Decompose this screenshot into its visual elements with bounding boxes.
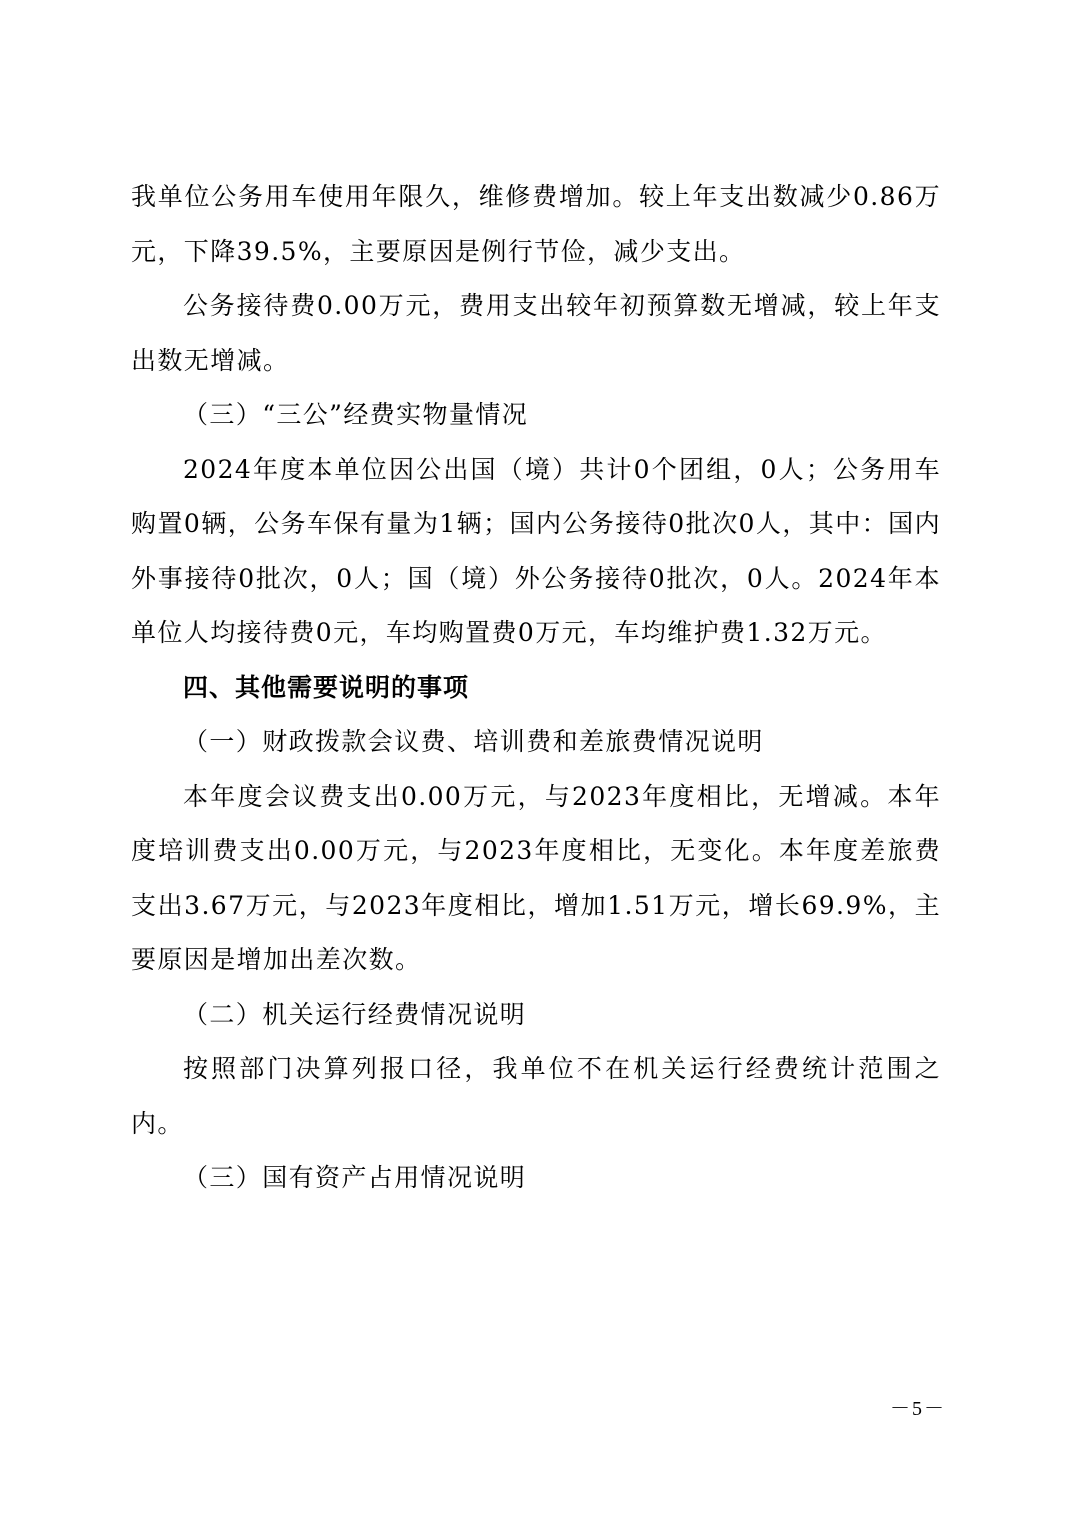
subheading-meeting-training-travel: （一）财政拨款会议费、培训费和差旅费情况说明 xyxy=(131,715,941,770)
subheading-operating-expenses: （二）机关运行经费情况说明 xyxy=(131,988,941,1043)
document-page: 我单位公务用车使用年限久，维修费增加。较上年支出数减少0.86万元，下降39.5… xyxy=(0,0,1069,1515)
paragraph-physical-quantities: 2024年度本单位因公出国（境）共计0个团组，0人；公务用车购置0辆，公务车保有… xyxy=(131,443,941,661)
paragraph-operating-expenses: 按照部门决算列报口径，我单位不在机关运行经费统计范围之内。 xyxy=(131,1042,941,1151)
subheading-three-public-physical: （三）“三公”经费实物量情况 xyxy=(131,388,941,443)
document-body: 我单位公务用车使用年限久，维修费增加。较上年支出数减少0.86万元，下降39.5… xyxy=(131,170,941,1206)
paragraph-reception-fee: 公务接待费0.00万元，费用支出较年初预算数无增减，较上年支出数无增减。 xyxy=(131,279,941,388)
paragraph-vehicle-maintenance: 我单位公务用车使用年限久，维修费增加。较上年支出数减少0.86万元，下降39.5… xyxy=(131,170,941,279)
paragraph-meeting-training-travel: 本年度会议费支出0.00万元，与2023年度相比，无增减。本年度培训费支出0.0… xyxy=(131,770,941,988)
subheading-state-assets: （三）国有资产占用情况说明 xyxy=(131,1151,941,1206)
page-number: －5－ xyxy=(890,1392,946,1421)
section-heading-other-matters: 四、其他需要说明的事项 xyxy=(131,661,941,716)
